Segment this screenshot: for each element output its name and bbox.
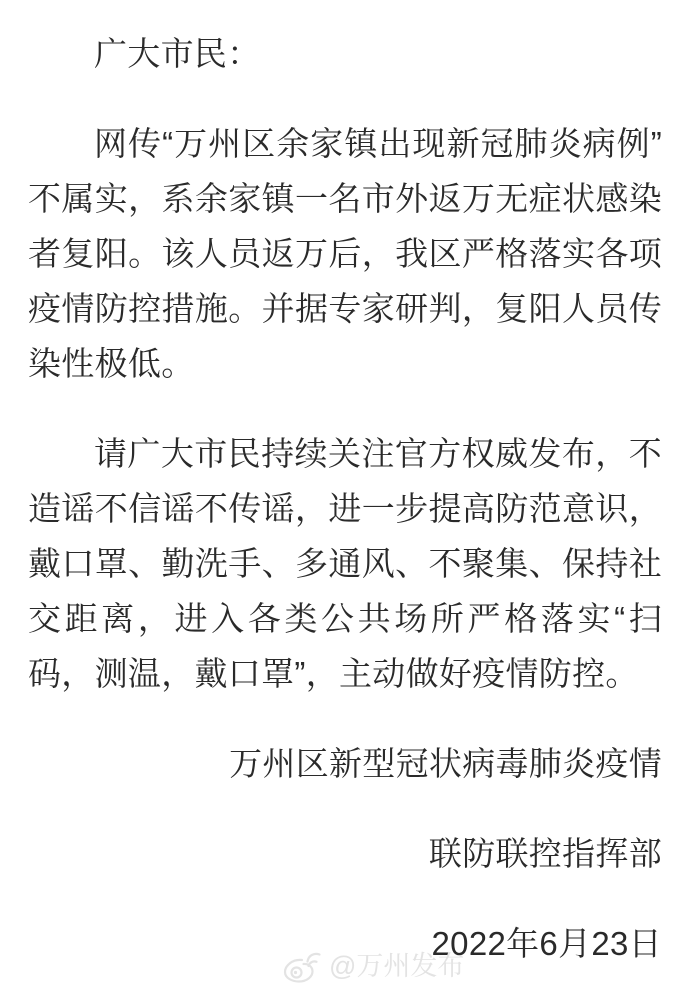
- weibo-icon: [282, 948, 322, 984]
- paragraph-2-line-2: 造谣不信谣不传谣，进一步提高防范意识，: [28, 481, 662, 536]
- paragraph-1-line-4: 疫情防控措施。并据专家研判，复阳人员传: [28, 281, 662, 336]
- paragraph-2: 请广大市民持续关注官方权威发布，不 造谣不信谣不传谣，进一步提高防范意识， 戴口…: [28, 426, 662, 701]
- watermark-handle: @万州发布: [329, 946, 464, 986]
- signature-org-line-1: 万州区新型冠状病毒肺炎疫情: [28, 736, 662, 791]
- notice-page: 广大市民： 网传“万州区余家镇出现新冠肺炎病例” 不属实，系余家镇一名市外返万无…: [0, 0, 690, 988]
- paragraph-1-line-2: 不属实，系余家镇一名市外返万无症状感染: [28, 171, 662, 226]
- signature-org-line-2: 联防联控指挥部: [28, 826, 662, 881]
- paragraph-1-line-5: 染性极低。: [28, 336, 662, 391]
- paragraph-2-line-1: 请广大市民持续关注官方权威发布，不: [28, 426, 662, 481]
- paragraph-1: 网传“万州区余家镇出现新冠肺炎病例” 不属实，系余家镇一名市外返万无症状感染 者…: [28, 116, 662, 391]
- paragraph-1-line-1: 网传“万州区余家镇出现新冠肺炎病例”: [28, 116, 662, 171]
- paragraph-2-line-4: 交距离，进入各类公共场所严格落实“扫: [28, 591, 662, 646]
- paragraph-1-line-3: 者复阳。该人员返万后，我区严格落实各项: [28, 226, 662, 281]
- paragraph-2-line-5: 码，测温，戴口罩”，主动做好疫情防控。: [28, 646, 662, 701]
- salutation: 广大市民：: [28, 26, 662, 81]
- paragraph-2-line-3: 戴口罩、勤洗手、多通风、不聚集、保持社: [28, 536, 662, 591]
- watermark: @万州发布: [282, 946, 464, 986]
